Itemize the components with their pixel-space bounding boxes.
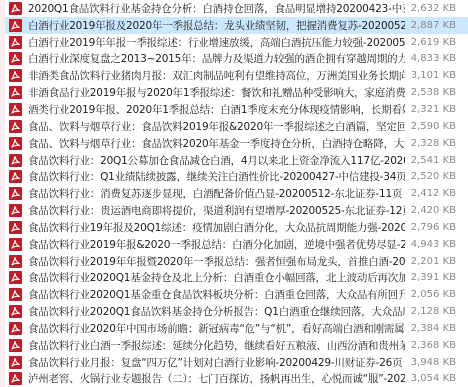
file-row-17[interactable]: 食品饮料行业2020Q1基金持仓及北上分析：白酒重仓小幅回落，北上波动后再次加.… — [5, 270, 468, 287]
file-row-23[interactable]: 泸州老窖、火锅行业专题报告（二）：七门百探访，扬帆再出生，心悦而诚“服”-202… — [5, 371, 468, 387]
file-row-12[interactable]: 食品饮料行业：消费复苏逐步显现，白酒配备价值凸显-20200512-东北证券-1… — [5, 185, 468, 202]
file-name: 食品饮料行业：贵运酒电商即将提价，渠道利润有望增厚-20200525-东北证券-… — [28, 203, 406, 218]
file-row-14[interactable]: 食品饮料行业19年报及20Q1综述：疫情加剧白酒分化，大众品抗周期能力强-202… — [5, 219, 468, 236]
file-name: 食品饮料行业2020Q1基金持仓及北上分析：白酒重仓小幅回落，北上波动后再次加.… — [28, 270, 406, 285]
pdf-file-icon — [9, 187, 22, 200]
pdf-file-icon — [9, 372, 22, 385]
file-name: 非酒食品行业2019年报与2020年1季报综述：餐饮和礼赠品种受影响大，家庭消费… — [28, 85, 406, 100]
file-row-19[interactable]: 食品饮料行业2020Q1食品饮料基金持仓分析报告：Q1白酒重仓继续回落，大众品库… — [5, 303, 468, 320]
file-size: 2,420 KB — [405, 202, 456, 219]
file-name: 食品、饮料与烟草行业：食品饮料2020年基金一季度持仓分析，白酒持仓略降，大众.… — [28, 136, 406, 151]
pdf-file-icon — [9, 36, 22, 49]
file-size: 2,796 KB — [405, 219, 456, 236]
pdf-file-icon — [9, 339, 22, 352]
file-row-7[interactable]: 酒类行业2019年报、2020年1季报总结：白酒1季度末充分体现疫情影响，长期看… — [5, 101, 468, 118]
file-row-16[interactable]: 食品饮料行业2019年年报暨2020年一季报总结：强者恒强布局龙头，首推白酒-2… — [5, 253, 468, 270]
pdf-file-icon — [9, 69, 22, 82]
pdf-file-icon — [9, 120, 22, 133]
file-row-11[interactable]: 食品饮料行业：Q1业绩陆续披露，继续关注白酒性价比-20200427-中信建投-… — [5, 168, 468, 185]
file-row-5[interactable]: 非酒类食品饮料行业猪肉月报：双汇肉制品吨利有望维持高位，万洲美国业务长期向...… — [5, 67, 468, 84]
file-size: 2,887 KB — [405, 17, 456, 34]
file-size: 2,590 KB — [405, 118, 456, 135]
file-row-2[interactable]: 白酒行业2019年报及2020年一季报总结：龙头业绩坚韧，把握消费复苏-2020… — [5, 17, 468, 34]
file-row-21[interactable]: 食品饮料行业白酒一季报综述：延续分化趋势，继续看好五粮液、山西汾酒和贵州茅...… — [5, 337, 468, 354]
file-name: 白酒行业深度复盘之2013~2015年：品牌力及渠道力较强的酒企拥有穿越周期的力… — [28, 51, 406, 66]
file-size: 2,538 KB — [405, 84, 456, 101]
file-name: 泸州老窖、火锅行业专题报告（二）：七门百探访，扬帆再出生，心悦而诚“服”-202… — [28, 371, 406, 386]
file-row-22[interactable]: 食品饮料行业月报：复盘“四万亿”计划对白酒行业影响-20200429-川财证券-… — [5, 354, 468, 371]
pdf-file-icon — [9, 19, 22, 32]
file-row-3[interactable]: 白酒行业2019年年报一季报综述：行业增速放缓，高端白酒抗压能力较强-20200… — [5, 34, 468, 51]
pdf-file-icon — [9, 103, 22, 116]
file-size: 2,321 KB — [405, 101, 456, 118]
file-name: 食品饮料行业月报：复盘“四万亿”计划对白酒行业影响-20200429-川财证券-… — [28, 355, 406, 370]
pdf-file-icon — [9, 255, 22, 268]
file-name: 食品饮料行业：20Q1公募加仓食品减仓白酒，4月以来北上资金净流入117亿-20… — [28, 153, 406, 168]
file-size: 3,101 KB — [405, 67, 456, 84]
file-name: 食品饮料行业2019年报&2020一季报总结：白酒分化加剧，逆境中强者优势尽显-… — [28, 237, 406, 252]
file-name: 2020Q1食品饮料行业基金持仓分析：白酒持仓回落，食品明显增持20200423… — [28, 1, 406, 16]
pdf-file-icon — [9, 238, 22, 251]
pdf-file-icon — [9, 52, 22, 65]
file-size: 2,056 KB — [405, 286, 456, 303]
file-row-6[interactable]: 非酒食品行业2019年报与2020年1季报综述：餐饮和礼赠品种受影响大，家庭消费… — [5, 84, 468, 101]
file-list: 2020Q1食品饮料行业基金持仓分析：白酒持仓回落，食品明显增持20200423… — [5, 0, 468, 387]
file-name: 非酒类食品饮料行业猪肉月报：双汇肉制品吨利有望维持高位，万洲美国业务长期向... — [28, 68, 406, 83]
file-size: 2,384 KB — [405, 320, 456, 337]
file-name: 食品饮料行业：消费复苏逐步显现，白酒配备价值凸显-20200512-东北证券-1… — [28, 186, 406, 201]
file-size: 2,128 KB — [405, 303, 456, 320]
pdf-file-icon — [9, 271, 22, 284]
file-name: 食品饮料行业2019年年报暨2020年一季报总结：强者恒强布局龙头，首推白酒-2… — [28, 254, 406, 269]
file-row-10[interactable]: 食品饮料行业：20Q1公募加仓食品减仓白酒，4月以来北上资金净流入117亿-20… — [5, 152, 468, 169]
pdf-file-icon — [9, 137, 22, 150]
pdf-file-icon — [9, 288, 22, 301]
file-name: 白酒行业2019年报及2020年一季报总结：龙头业绩坚韧，把握消费复苏-2020… — [28, 18, 406, 33]
pdf-file-icon — [9, 86, 22, 99]
file-name: 酒类行业2019年报、2020年1季报总结：白酒1季度末充分体现疫情影响，长期看… — [28, 102, 406, 117]
file-name: 白酒行业2019年年报一季报综述：行业增速放缓，高端白酒抗压能力较强-20200… — [28, 35, 406, 50]
pdf-file-icon — [9, 221, 22, 234]
file-name: 食品饮料行业白酒一季报综述：延续分化趋势，继续看好五粮液、山西汾酒和贵州茅... — [28, 338, 406, 353]
file-row-20[interactable]: 食品饮料行业2020年中国市场前瞻：新冠病毒“危”与“机”，看好高端白酒和刚需属… — [5, 320, 468, 337]
file-size: 4,943 KB — [405, 236, 456, 253]
file-row-9[interactable]: 食品、饮料与烟草行业：食品饮料2020年基金一季度持仓分析，白酒持仓略降，大众.… — [5, 135, 468, 152]
file-name: 食品饮料行业19年报及20Q1综述：疫情加剧白酒分化，大众品抗周期能力强-202… — [28, 220, 406, 235]
file-row-15[interactable]: 食品饮料行业2019年报&2020一季报总结：白酒分化加剧，逆境中强者优势尽显-… — [5, 236, 468, 253]
file-row-18[interactable]: 食品饮料行业2020Q1基金重仓食品饮料板块分析：白酒重仓回落，大众品有所回升-… — [5, 286, 468, 303]
file-size: 2,541 KB — [405, 152, 456, 169]
file-size: 3,948 KB — [405, 354, 456, 371]
pdf-file-icon — [9, 2, 22, 15]
file-size: 2,520 KB — [405, 168, 456, 185]
file-size: 2,201 KB — [405, 253, 456, 270]
file-size: 2,368 KB — [405, 337, 456, 354]
file-row-8[interactable]: 食品、饮料与烟草行业：食品饮料2019年报&2020年一季报综述之白酒篇，坚定回… — [5, 118, 468, 135]
file-size: 2,619 KB — [405, 34, 456, 51]
file-size: 2,328 KB — [405, 135, 456, 152]
file-size: 4,833 KB — [405, 51, 456, 68]
pdf-file-icon — [9, 204, 22, 217]
pdf-file-icon — [9, 322, 22, 335]
file-row-1[interactable]: 2020Q1食品饮料行业基金持仓分析：白酒持仓回落，食品明显增持20200423… — [5, 0, 468, 17]
pdf-file-icon — [9, 356, 22, 369]
file-size: 3,054 KB — [405, 371, 456, 387]
file-row-13[interactable]: 食品饮料行业：贵运酒电商即将提价，渠道利润有望增厚-20200525-东北证券-… — [5, 202, 468, 219]
file-size: 2,412 KB — [405, 185, 456, 202]
file-name: 食品饮料行业：Q1业绩陆续披露，继续关注白酒性价比-20200427-中信建投-… — [28, 169, 406, 184]
file-name: 食品、饮料与烟草行业：食品饮料2019年报&2020年一季报综述之白酒篇，坚定回… — [28, 119, 406, 134]
file-size: 2,632 KB — [405, 0, 456, 17]
pdf-file-icon — [9, 170, 22, 183]
file-name: 食品饮料行业2020Q1食品饮料基金持仓分析报告：Q1白酒重仓继续回落，大众品库… — [28, 304, 406, 319]
pdf-file-icon — [9, 154, 22, 167]
file-name: 食品饮料行业2020Q1基金重仓食品饮料板块分析：白酒重仓回落，大众品有所回升-… — [28, 287, 406, 302]
pdf-file-icon — [9, 305, 22, 318]
file-name: 食品饮料行业2020年中国市场前瞻：新冠病毒“危”与“机”，看好高端白酒和刚需属… — [28, 321, 406, 336]
file-size: 2,391 KB — [405, 270, 456, 287]
file-row-4[interactable]: 白酒行业深度复盘之2013~2015年：品牌力及渠道力较强的酒企拥有穿越周期的力… — [5, 51, 468, 68]
